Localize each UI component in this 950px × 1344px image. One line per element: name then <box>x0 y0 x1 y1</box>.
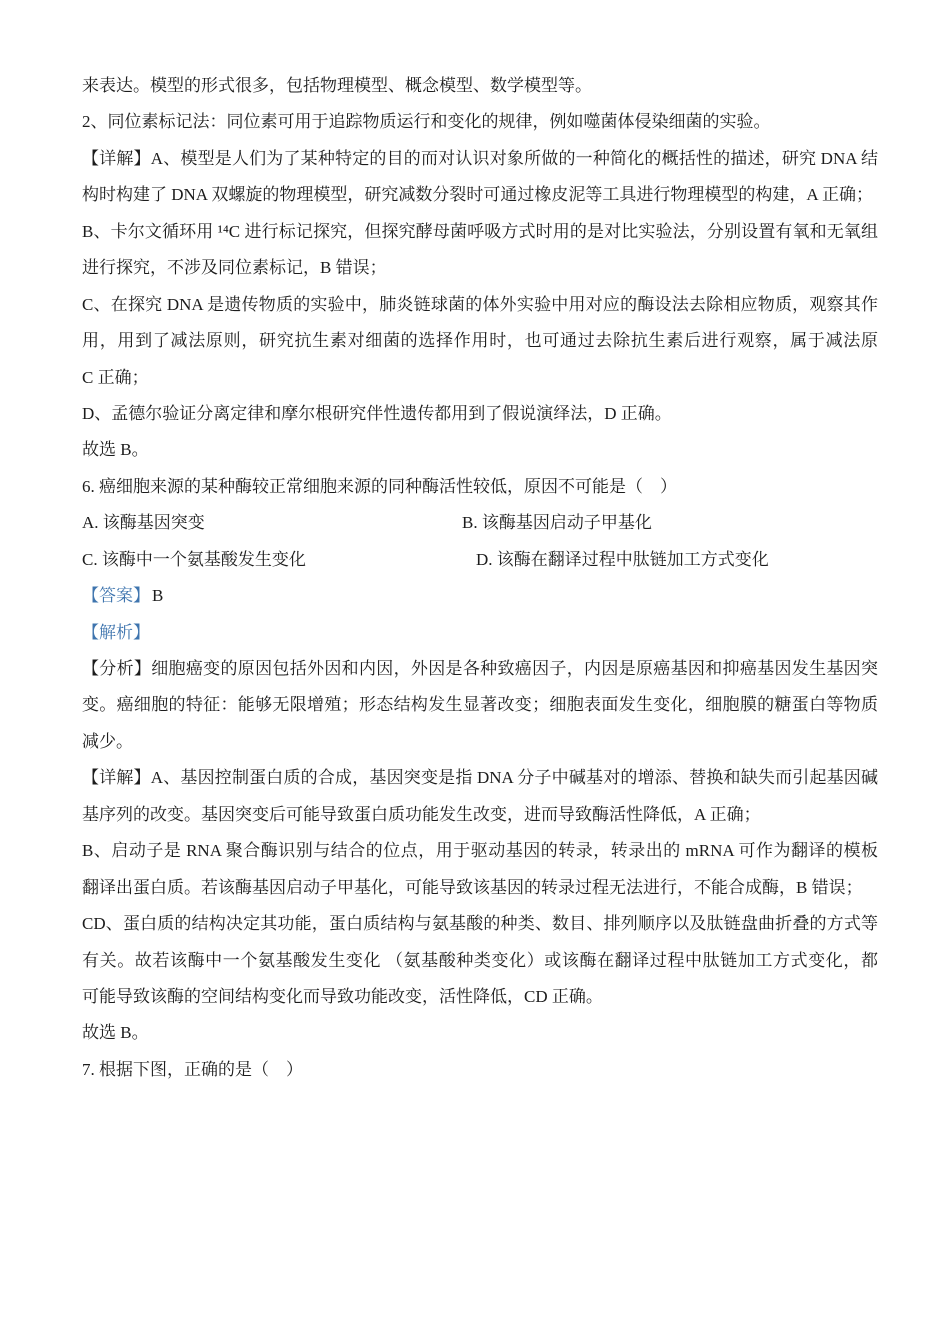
text-line: 可能导致该酶的空间结构变化而导致功能改变，活性降低，CD 正确。 <box>82 979 878 1015</box>
option-D: D. 该酶在翻译过程中肽链加工方式变化 <box>476 542 878 578</box>
options-row: A. 该酶基因突变B. 该酶基因启动子甲基化 <box>82 505 878 541</box>
text-line: 【分析】细胞癌变的原因包括外因和内因，外因是各种致癌因子，内因是原癌基因和抑癌基… <box>82 651 878 687</box>
text-line: 减少。 <box>82 724 878 760</box>
text-line: 构时构建了 DNA 双螺旋的物理模型，研究减数分裂时可通过橡皮泥等工具进行物理模… <box>82 177 878 213</box>
text-line: 故选 B。 <box>82 1015 878 1051</box>
analysis-label: 【解析】 <box>82 615 878 651</box>
text-line: 翻译出蛋白质。若该酶基因启动子甲基化，可能导致该基因的转录过程无法进行，不能合成… <box>82 870 878 906</box>
text-line: C、在探究 DNA 是遗传物质的实验中，肺炎链球菌的体外实验中用对应的酶设法去除… <box>82 287 878 323</box>
text-line: 7. 根据下图，正确的是（ ） <box>82 1052 878 1088</box>
option-B: B. 该酶基因启动子甲基化 <box>462 505 878 541</box>
answer-label: 【答案】 <box>82 586 150 605</box>
answer-line: 【答案】B <box>82 578 878 614</box>
text-line: 基序列的改变。基因突变后可能导致蛋白质功能发生改变，进而导致酶活性降低，A 正确… <box>82 797 878 833</box>
text-line: D、孟德尔验证分离定律和摩尔根研究伴性遗传都用到了假说演绎法，D 正确。 <box>82 396 878 432</box>
text-line: 【详解】A、模型是人们为了某种特定的目的而对认识对象所做的一种简化的概括性的描述… <box>82 141 878 177</box>
option-A: A. 该酶基因突变 <box>82 505 462 541</box>
text-line: 用，用到了减法原则，研究抗生素对细菌的选择作用时，也可通过去除抗生素后进行观察，… <box>82 323 878 359</box>
text-line: 故选 B。 <box>82 432 878 468</box>
text-line: 变。癌细胞的特征：能够无限增殖；形态结构发生显著改变；细胞表面发生变化，细胞膜的… <box>82 687 878 723</box>
text-line: CD、蛋白质的结构决定其功能，蛋白质结构与氨基酸的种类、数目、排列顺序以及肽链盘… <box>82 906 878 942</box>
text-line: 【详解】A、基因控制蛋白质的合成，基因突变是指 DNA 分子中碱基对的增添、替换… <box>82 760 878 796</box>
document-content: 来表达。模型的形式很多，包括物理模型、概念模型、数学模型等。2、同位素标记法：同… <box>82 68 878 1088</box>
text-line: 有关。故若该酶中一个氨基酸发生变化 （氨基酸种类变化）或该酶在翻译过程中肽链加工… <box>82 943 878 979</box>
options-row: C. 该酶中一个氨基酸发生变化D. 该酶在翻译过程中肽链加工方式变化 <box>82 542 878 578</box>
text-line: 2、同位素标记法：同位素可用于追踪物质运行和变化的规律，例如噬菌体侵染细菌的实验… <box>82 104 878 140</box>
option-C: C. 该酶中一个氨基酸发生变化 <box>82 542 476 578</box>
document-page: 来表达。模型的形式很多，包括物理模型、概念模型、数学模型等。2、同位素标记法：同… <box>0 0 950 1344</box>
text-line: B、启动子是 RNA 聚合酶识别与结合的位点，用于驱动基因的转录，转录出的 mR… <box>82 833 878 869</box>
text-line: 来表达。模型的形式很多，包括物理模型、概念模型、数学模型等。 <box>82 68 878 104</box>
text-line: 6. 癌细胞来源的某种酶较正常细胞来源的同种酶活性较低，原因不可能是（ ） <box>82 469 878 505</box>
text-line: C 正确； <box>82 360 878 396</box>
text-line: 进行探究，不涉及同位素标记，B 错误； <box>82 250 878 286</box>
text-line: B、卡尔文循环用 ¹⁴C 进行标记探究，但探究酵母菌呼吸方式时用的是对比实验法，… <box>82 214 878 250</box>
answer-value: B <box>152 586 163 605</box>
